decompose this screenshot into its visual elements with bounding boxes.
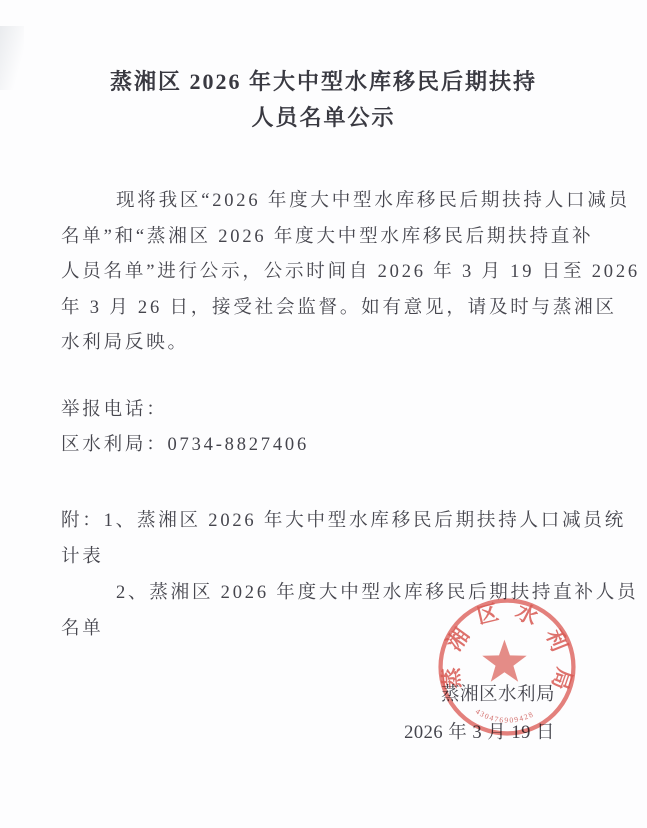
page-title: 蒸湘区 2026 年大中型水库移民后期扶持 人员名单公示 bbox=[40, 64, 607, 136]
report-phone-label: 举报电话： bbox=[61, 393, 595, 429]
body-line: 年 3 月 26 日，接受社会监督。如有意见，请及时与蒸湘区 bbox=[61, 291, 595, 327]
official-seal: 蒸湘区水利局 430476909428 bbox=[436, 596, 578, 738]
attachment-line: 计表 bbox=[61, 539, 595, 575]
notice-document: 蒸湘区 2026 年大中型水库移民后期扶持 人员名单公示 现将我区“2026 年… bbox=[0, 0, 647, 828]
contact-info: 举报电话： 区水利局：0734-8827406 bbox=[61, 393, 595, 464]
scan-artifact bbox=[0, 26, 24, 90]
notice-body: 现将我区“2026 年度大中型水库移民后期扶持人口减员 名单”和“蒸湘区 202… bbox=[61, 184, 595, 647]
seal-serial-number: 430476909428 bbox=[474, 707, 536, 725]
title-line-1: 蒸湘区 2026 年大中型水库移民后期扶持 bbox=[40, 64, 607, 100]
body-line: 现将我区“2026 年度大中型水库移民后期扶持人口减员 bbox=[61, 184, 595, 220]
main-paragraph: 现将我区“2026 年度大中型水库移民后期扶持人口减员 名单”和“蒸湘区 202… bbox=[61, 184, 595, 362]
attachment-line: 附：1、蒸湘区 2026 年大中型水库移民后期扶持人口减员统 bbox=[61, 503, 595, 539]
body-line: 水利局反映。 bbox=[61, 326, 595, 362]
body-line: 人员名单”进行公示，公示时间自 2026 年 3 月 19 日至 2026 bbox=[61, 255, 595, 291]
seal-star-icon bbox=[482, 640, 526, 682]
bureau-phone-number: 区水利局：0734-8827406 bbox=[61, 428, 595, 464]
title-line-2: 人员名单公示 bbox=[40, 100, 607, 136]
scanned-notice: { "title": { "lines": [ "蒸湘区 2026 年大中型水库… bbox=[0, 0, 647, 828]
body-line: 名单”和“蒸湘区 2026 年度大中型水库移民后期扶持直补 bbox=[61, 220, 595, 256]
